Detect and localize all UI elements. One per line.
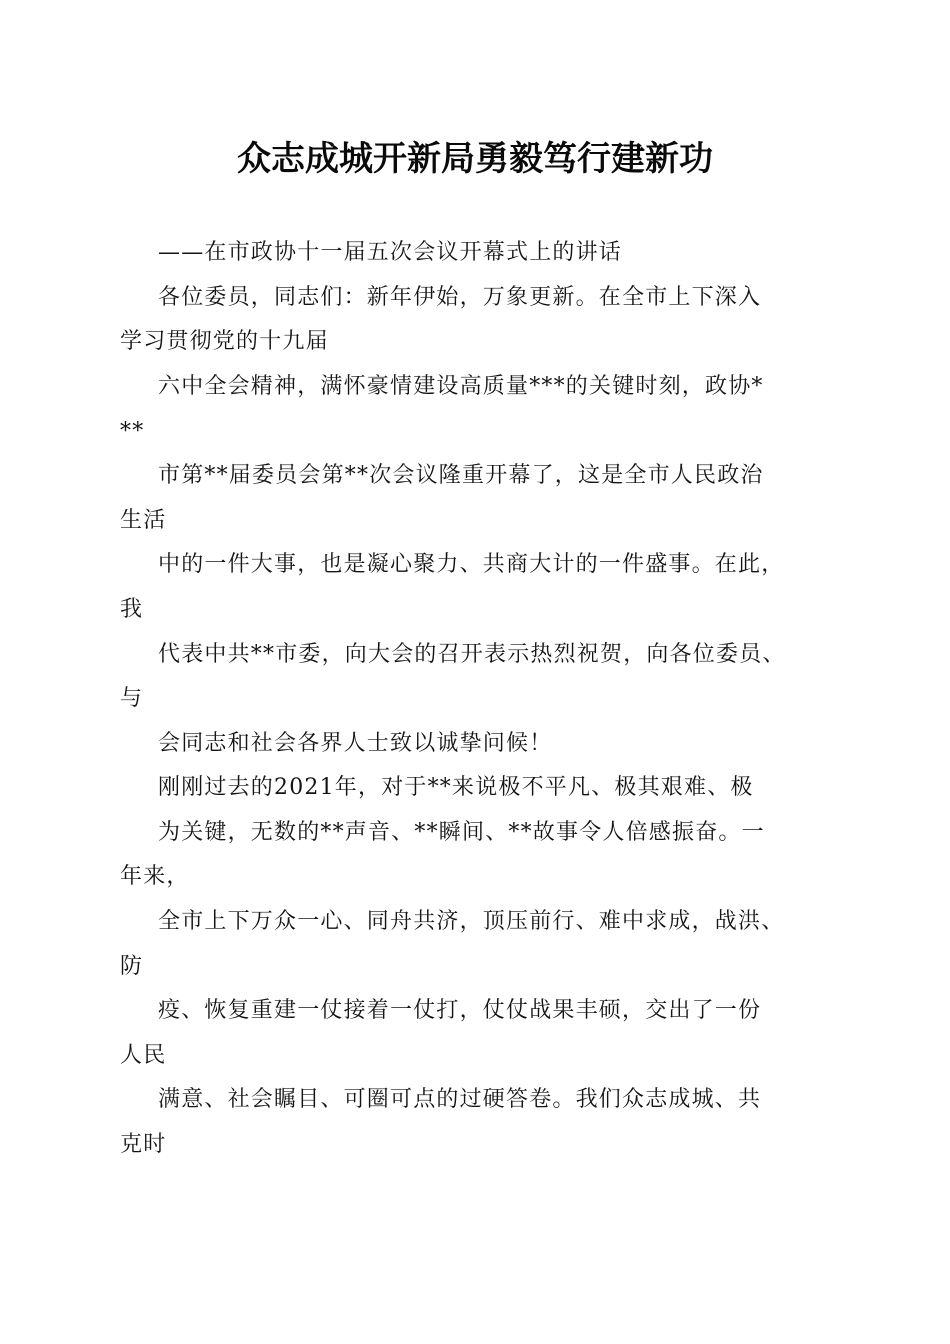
paragraph-line: 与 [120,684,143,714]
paragraph-line: 我 [120,595,143,625]
paragraph-line: ——在市政协十一届五次会议开幕式上的讲话 [158,238,622,268]
paragraph-line: 市第**届委员会第**次会议隆重开幕了，这是全市人民政治 [158,461,764,491]
paragraph-line: 各位委员，同志们：新年伊始，万象更新。在全市上下深入 [158,283,761,313]
paragraph-line: 年来， [120,862,190,892]
paragraph-line: 会同志和社会各界人士致以诚挚问候！ [158,729,552,759]
document-title: 众志成城开新局勇毅笃行建新功 [0,136,950,182]
paragraph-line: 学习贯彻党的十九届 [120,327,329,357]
paragraph-line: 人民 [120,1041,166,1071]
paragraph-line: 生活 [120,506,166,536]
paragraph-line: 为关键，无数的**声音、**瞬间、**故事令人倍感振奋。一 [158,818,765,848]
paragraph-line: 满意、社会瞩目、可圈可点的过硬答卷。我们众志成城、共 [158,1085,761,1115]
paragraph-line: 疫、恢复重建一仗接着一仗打，仗仗战果丰硕，交出了一份 [158,996,761,1026]
paragraph-line: 克时 [120,1130,166,1160]
paragraph-line: 六中全会精神，满怀豪情建设高质量***的关键时刻，政协* [158,372,764,402]
paragraph-line: 代表中共**市委，向大会的召开表示热烈祝贺，向各位委员、 [158,640,786,670]
paragraph-line: 防 [120,952,143,982]
document-page: 众志成城开新局勇毅笃行建新功 ——在市政协十一届五次会议开幕式上的讲话各位委员，… [0,0,950,1344]
paragraph-line: 中的一件大事，也是凝心聚力、共商大计的一件盛事。在此， [158,550,784,580]
paragraph-line: ** [120,417,144,447]
paragraph-line: 刚刚过去的2021年，对于**来说极不平凡、极其艰难、极 [158,773,754,803]
paragraph-line: 全市上下万众一心、同舟共济，顶压前行、难中求成，战洪、 [158,907,784,937]
